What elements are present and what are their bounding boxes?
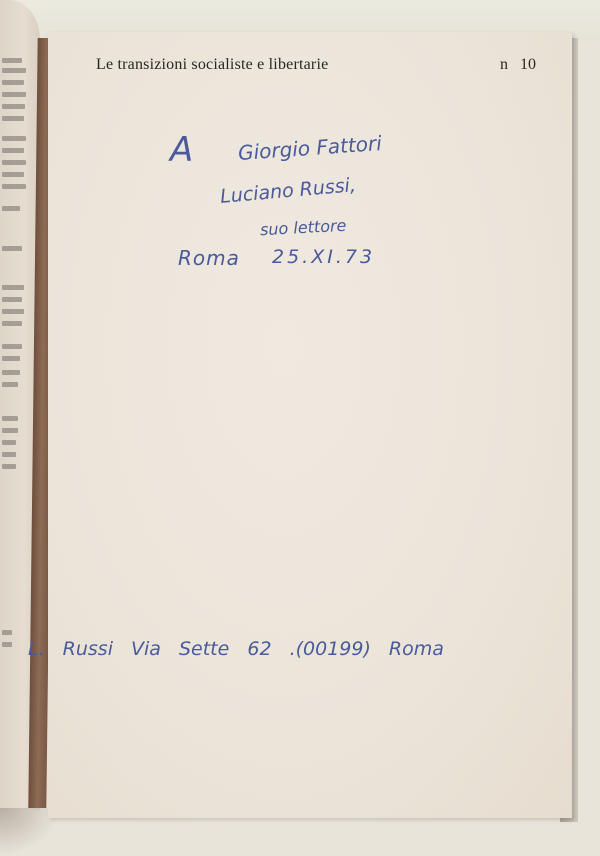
dedication-author: Luciano Russi, — [219, 174, 356, 208]
text-fragment — [2, 321, 22, 326]
text-fragment — [2, 246, 22, 251]
text-fragment — [2, 58, 22, 63]
dedication-place: Roma — [178, 246, 240, 270]
text-fragment — [2, 206, 20, 211]
text-fragment — [2, 416, 18, 421]
dedication-recipient: Giorgio Fattori — [237, 131, 382, 165]
text-fragment — [2, 148, 24, 153]
text-fragment — [2, 356, 20, 361]
page-number: n 10 — [500, 56, 536, 74]
text-fragment — [2, 104, 25, 109]
text-fragment — [2, 285, 24, 290]
dedication-date: 25.XI.73 — [272, 246, 375, 268]
text-fragment — [2, 428, 18, 433]
dedication-note: suo lettore — [260, 216, 347, 239]
text-fragment — [2, 370, 20, 375]
text-fragment — [2, 344, 22, 349]
text-fragment — [2, 452, 16, 457]
text-fragment — [2, 464, 16, 469]
text-fragment — [2, 172, 24, 177]
text-fragment — [2, 630, 12, 635]
text-fragment — [2, 440, 16, 445]
text-fragment — [2, 382, 18, 387]
book-page: Le transizioni socialiste e libertarie n… — [48, 32, 572, 818]
text-fragment — [2, 136, 26, 141]
running-head: Le transizioni socialiste e libertarie — [96, 56, 328, 74]
text-fragment — [2, 309, 24, 314]
text-fragment — [2, 68, 26, 73]
text-fragment — [2, 184, 26, 189]
dedication-prefix: A — [170, 130, 193, 170]
text-fragment — [2, 160, 26, 165]
text-fragment — [2, 92, 26, 97]
text-fragment — [2, 297, 22, 302]
text-fragment — [2, 642, 12, 647]
handwritten-address: L. Russi Via Sette 62 .(00199) Roma — [28, 638, 444, 660]
text-fragment — [2, 80, 24, 85]
text-fragment — [2, 116, 24, 121]
